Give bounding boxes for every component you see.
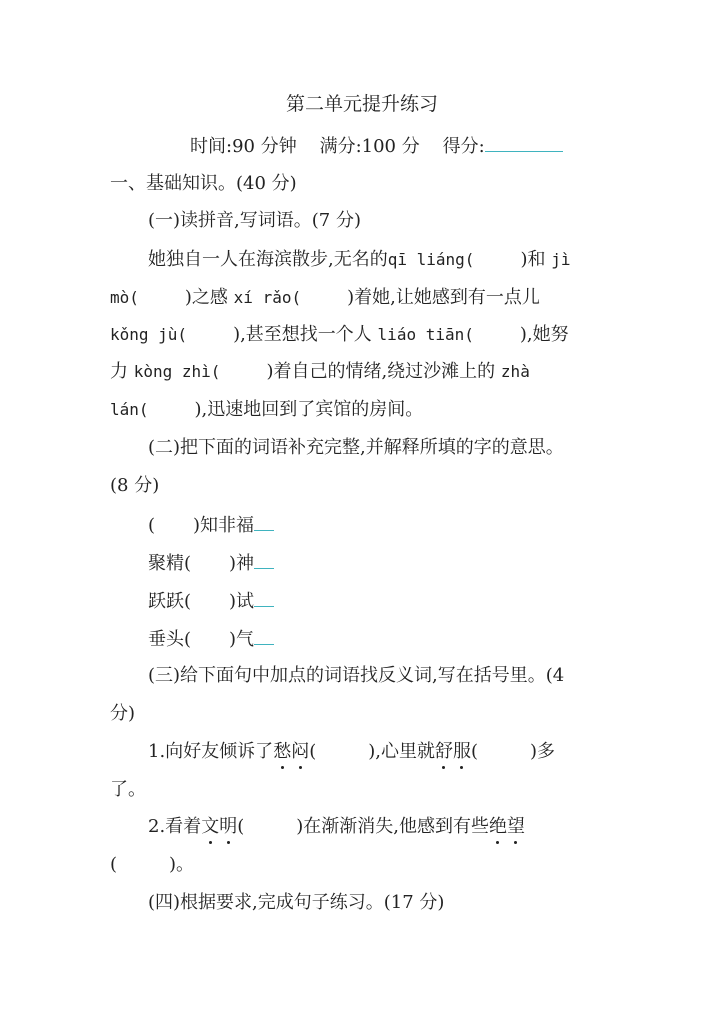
score-blank[interactable] (485, 133, 563, 152)
exam-meta: 时间:90 分钟 满分:100 分 得分: (190, 133, 563, 159)
meaning-blank[interactable] (254, 550, 274, 569)
antonym-question-1: 1.向好友倾诉了愁闷(),心里就舒服()多 (148, 740, 555, 764)
time-label: 时间:90 分钟 (190, 136, 297, 157)
dotted-word: 绝望 (489, 816, 525, 837)
idiom-item: 聚精()神 (148, 550, 274, 576)
part3-heading-cont: 分) (110, 702, 135, 726)
part3-heading: (三)给下面句中加点的词语找反义词,写在括号里。(4 (148, 664, 564, 688)
pinyin-line-5: lán(),迅速地回到了宾馆的房间。 (110, 398, 423, 422)
score-label: 得分: (443, 136, 485, 157)
idiom-item: ()知非福 (148, 512, 274, 538)
antonym-question-2-cont: ()。 (110, 853, 194, 877)
part2-heading-cont: (8 分) (110, 474, 159, 498)
meaning-blank[interactable] (254, 588, 274, 607)
pinyin-line-4: 力 kòng zhì()着自己的情绪,绕过沙滩上的 zhà (110, 360, 530, 384)
part4-heading: (四)根据要求,完成句子练习。(17 分) (148, 891, 444, 915)
dotted-word: 舒服 (435, 741, 471, 762)
pinyin-line-3: kǒng jù(),甚至想找一个人 liáo tiān(),她努 (110, 323, 569, 347)
idiom-item: 跃跃()试 (148, 588, 274, 614)
full-score-label: 满分:100 分 (320, 136, 420, 157)
pinyin-line-1: 她独自一人在海滨散步,无名的qī liáng()和 jì (148, 248, 570, 272)
meaning-blank[interactable] (254, 512, 274, 531)
part1-heading: (一)读拼音,写词语。(7 分) (148, 209, 361, 233)
meaning-blank[interactable] (254, 626, 274, 645)
pinyin-line-2: mò()之感 xí rǎo()着她,让她感到有一点儿 (110, 286, 540, 310)
dotted-word: 愁闷 (273, 741, 309, 762)
dotted-word: 文明 (201, 816, 237, 837)
antonym-question-2: 2.看着文明()在渐渐消失,他感到有些绝望 (148, 815, 525, 839)
part2-heading: (二)把下面的词语补充完整,并解释所填的字的意思。 (148, 436, 564, 460)
section-heading: 一、基础知识。(40 分) (110, 172, 297, 196)
idiom-item: 垂头()气 (148, 626, 274, 652)
antonym-question-1-cont: 了。 (110, 778, 146, 802)
page-title: 第二单元提升练习 (0, 92, 724, 116)
